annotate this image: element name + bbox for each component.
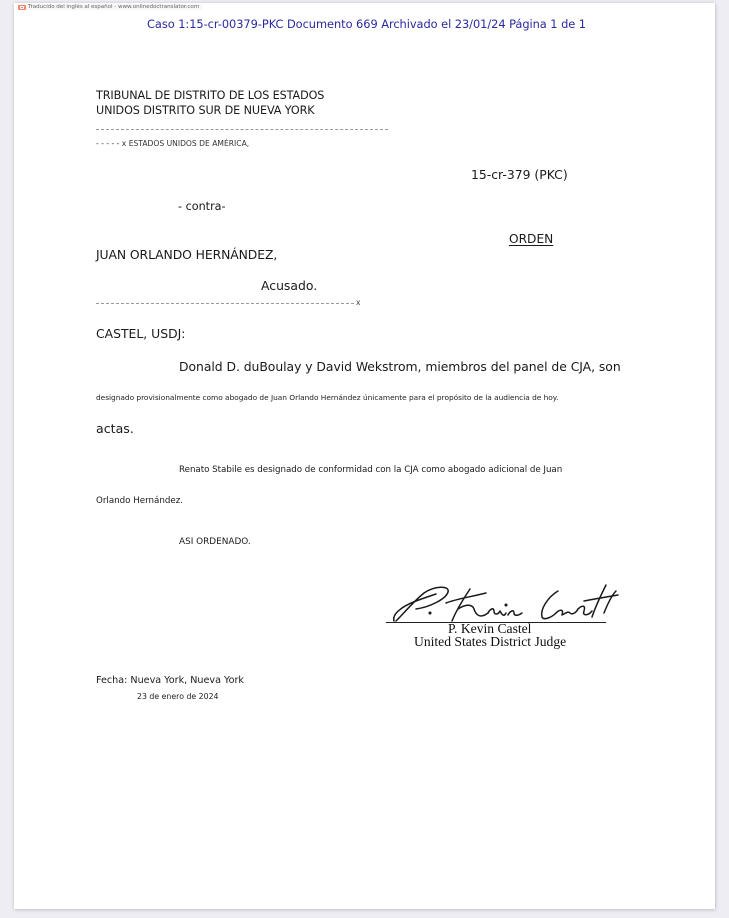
filing-header: Caso 1:15-cr-00379-PKC Documento 669 Arc… [147, 17, 586, 31]
versus-label: - contra- [178, 200, 226, 213]
caption-divider-top [96, 129, 388, 130]
dashed-rule [96, 303, 354, 304]
judge-title: United States District Judge [414, 635, 566, 649]
document-type-heading: ORDEN [509, 232, 553, 246]
court-name-line1: TRIBUNAL DE DISTRITO DE LOS ESTADOS [96, 88, 324, 103]
defendant-role: Acusado. [261, 278, 317, 293]
plaintiff-row: - - - - - x ESTADOS UNIDOS DE AMÉRICA, [96, 139, 249, 148]
translator-banner-text: Traducido del inglés al español - www.on… [28, 4, 199, 10]
closing-x: x [356, 298, 361, 307]
dateline-place: Fecha: Nueva York, Nueva York [96, 675, 244, 686]
paragraph1-line1: Donald D. duBoulay y David Wekstrom, mie… [179, 359, 621, 374]
dash-prefix: - - - - - x [96, 139, 126, 148]
paragraph1-line2: designado provisionalmente como abogado … [96, 393, 558, 402]
caption-divider-bottom: x [96, 298, 361, 307]
judge-heading: CASTEL, USDJ: [96, 326, 185, 341]
translator-banner[interactable]: Traducido del inglés al español - www.on… [17, 4, 202, 10]
document-page: Traducido del inglés al español - www.on… [14, 3, 715, 909]
defendant-name: JUAN ORLANDO HERNÁNDEZ, [96, 247, 277, 262]
case-number: 15-cr-379 (PKC) [471, 167, 568, 182]
translate-icon [18, 5, 26, 10]
paragraph2-line1: Renato Stabile es designado de conformid… [179, 465, 562, 475]
paragraph1-line3: actas. [96, 421, 134, 436]
so-ordered: ASI ORDENADO. [179, 537, 251, 547]
dateline-date: 23 de enero de 2024 [137, 692, 219, 701]
court-name: TRIBUNAL DE DISTRITO DE LOS ESTADOS UNID… [96, 88, 324, 118]
paragraph2-line2: Orlando Hernández. [96, 496, 183, 506]
court-name-line2: UNIDOS DISTRITO SUR DE NUEVA YORK [96, 103, 324, 118]
plaintiff-name: ESTADOS UNIDOS DE AMÉRICA, [129, 139, 250, 148]
